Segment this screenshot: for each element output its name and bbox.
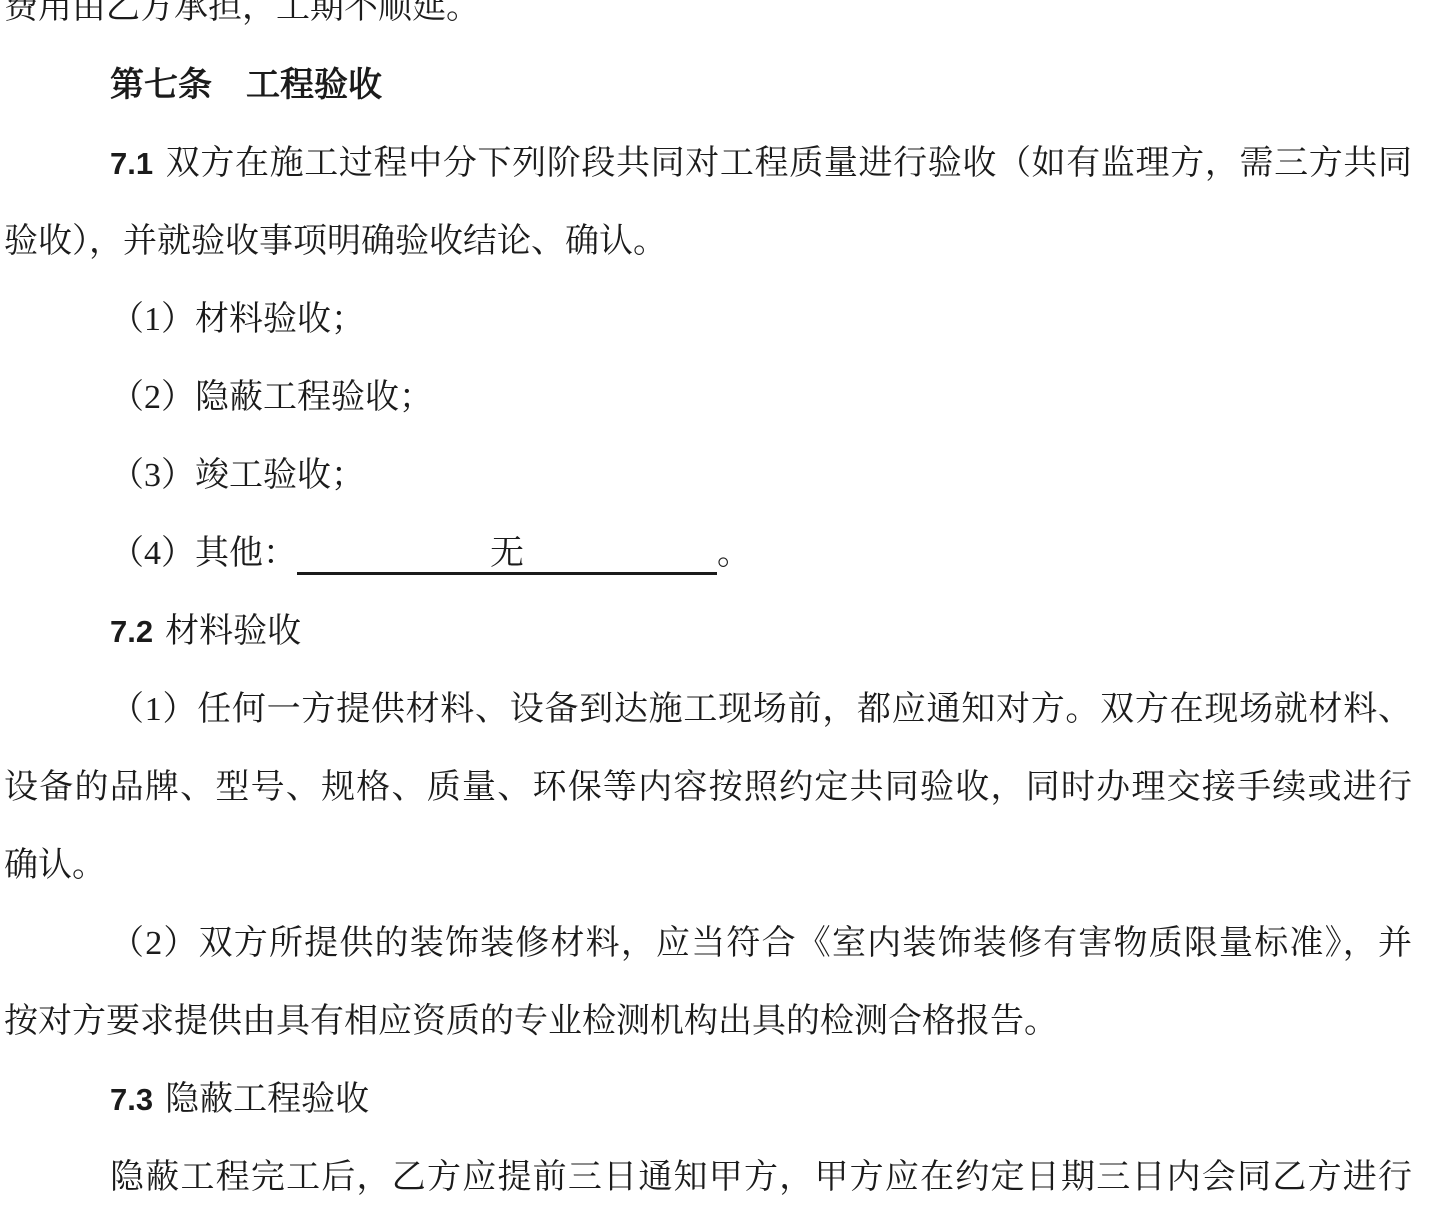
text-line: 设备的品牌、型号、规格、质量、环保等内容按照约定共同验收，同时办理交接手续或进行 [4, 749, 1412, 827]
text-line: （2）隐蔽工程验收； [4, 359, 1412, 437]
section-heading: 第七条 工程验收 [4, 47, 1412, 125]
contract-page: 费用由乙方承担，工期不顺延。第七条 工程验收7.1双方在施工过程中分下列阶段共同… [4, 0, 1412, 1217]
text-line: 按对方要求提供由具有相应资质的专业检测机构出具的检测合格报告。 [4, 983, 1412, 1061]
clause-number: 7.3 [110, 1082, 153, 1117]
clause-line: 7.1双方在施工过程中分下列阶段共同对工程质量进行验收（如有监理方，需三方共同 [4, 125, 1412, 203]
text-line: 费用由乙方承担，工期不顺延。 [4, 0, 1412, 47]
clause-number: 7.1 [110, 146, 153, 181]
clause-number: 7.2 [110, 614, 153, 649]
text-line: 隐蔽工程完工后，乙方应提前三日通知甲方，甲方应在约定日期三日内会同乙方进行 [4, 1139, 1412, 1217]
text-line: 验收），并就验收事项明确验收结论、确认。 [4, 203, 1412, 281]
fill-in-blank: 无 [297, 535, 717, 575]
clause-line: 7.2材料验收 [4, 593, 1412, 671]
text-line: （2）双方所提供的装饰装修材料，应当符合《室内装饰装修有害物质限量标准》，并 [4, 905, 1412, 983]
clause-line: 7.3隐蔽工程验收 [4, 1061, 1412, 1139]
text-line: （4）其他：无。 [4, 515, 1412, 593]
text-line: 确认。 [4, 827, 1412, 905]
text-line: （1）任何一方提供材料、设备到达施工现场前，都应通知对方。双方在现场就材料、 [4, 671, 1412, 749]
text-line: （1）材料验收； [4, 281, 1412, 359]
text-line: （3）竣工验收； [4, 437, 1412, 515]
